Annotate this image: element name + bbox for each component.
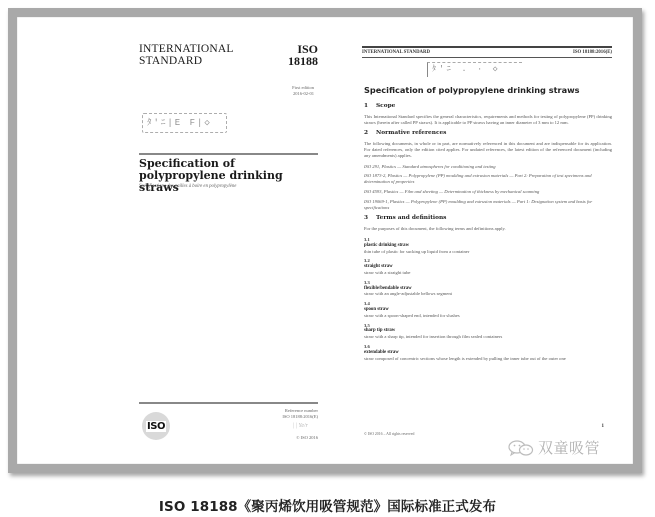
term-entry: 3.5sharp tip strawstraw with a sharp tip… <box>364 323 612 340</box>
term-definition: straw with a spoon-shaped end, intended … <box>364 313 612 319</box>
iso-number: 18188 <box>288 55 318 67</box>
cover-reference: Reference number ISO 18188:2016(E) <box>282 408 318 419</box>
section-heading: 2Normative references <box>364 131 612 137</box>
term-definition: straw with a straight tube <box>364 270 612 276</box>
page-number: 1 <box>602 424 605 429</box>
term-definition: straw composed of concentric sections wh… <box>364 356 612 362</box>
cover-page: INTERNATIONAL STANDARD ISO 18188 First e… <box>127 35 322 455</box>
term-entry: 3.2straight strawstraw with a straight t… <box>364 258 612 275</box>
section-paragraph: This International Standard specifies th… <box>364 114 612 126</box>
stamp-mark: ﾀ'ﾆ . · ◇ <box>427 62 522 77</box>
section-scope: 1Scope This International Standard speci… <box>364 104 612 125</box>
section-paragraph: The following documents, in whole or in … <box>364 141 612 158</box>
signature-mark: | | Ye/r <box>292 423 308 429</box>
term-entry: 3.3flexible/bendable strawstraw with an … <box>364 280 612 297</box>
section-heading: 1Scope <box>364 104 612 110</box>
section-number: 2 <box>364 131 376 137</box>
section-number: 3 <box>364 216 376 222</box>
cover-standard-label: INTERNATIONAL STANDARD <box>139 43 234 67</box>
header-rule-bottom <box>362 57 612 58</box>
reference-number: ISO 18188:2016(E) <box>282 414 318 420</box>
watermark-text: 双童吸管 <box>538 437 600 458</box>
wechat-icon <box>507 439 535 457</box>
image-caption: ISO 18188《聚丙烯饮用吸管规范》国际标准正式发布 <box>0 495 655 515</box>
section-heading: 3Terms and definitions <box>364 216 612 222</box>
cover-copyright: © ISO 2016 <box>296 435 318 440</box>
cover-subtitle: Spécifications des pailles à boire en po… <box>139 184 236 189</box>
reference-label: Reference number <box>282 408 318 414</box>
iso-logo-text: ISO <box>146 421 166 432</box>
term-definition: straw with an angle-adjustable bellows s… <box>364 291 612 297</box>
page-header-left: INTERNATIONAL STANDARD <box>362 50 430 55</box>
edition-label: First edition <box>292 85 314 91</box>
reference-item: ISO 19069-1, Plastics — Polypropylene (P… <box>364 199 612 211</box>
watermark: 双童吸管 <box>507 437 600 458</box>
content-page: INTERNATIONAL STANDARD ISO 18188:2016(E)… <box>362 45 612 455</box>
term-entry: 3.1plastic drinking strawthin tube of pl… <box>364 237 612 254</box>
section-title: Terms and definitions <box>376 215 446 221</box>
section-paragraph: For the purposes of this document, the f… <box>364 226 612 232</box>
page-title: Specification of polypropylene drinking … <box>364 85 580 95</box>
header-rule-top <box>362 46 612 48</box>
reference-item: ISO 291, Plastics — Standard atmospheres… <box>364 164 612 170</box>
reference-item: ISO 4593, Plastics — Film and sheeting —… <box>364 189 612 195</box>
stamp-mark: ﾀ'ﾆ|E F|◇ <box>142 113 227 133</box>
term-entry: 3.6extendable strawstraw composed of con… <box>364 344 612 361</box>
page-footer-copyright: © ISO 2016 – All rights reserved <box>364 432 414 436</box>
terms-list: 3.1plastic drinking strawthin tube of pl… <box>364 237 612 361</box>
term-definition: straw with a sharp tip, intended for ins… <box>364 334 612 340</box>
section-title: Normative references <box>376 130 446 136</box>
iso-logo-icon: ISO <box>142 412 170 440</box>
standard-label-line1: INTERNATIONAL <box>139 43 234 55</box>
standard-label-line2: STANDARD <box>139 55 234 67</box>
term-definition: thin tube of plastic for sucking up liqu… <box>364 249 612 255</box>
section-normative-references: 2Normative references The following docu… <box>364 131 612 210</box>
cover-divider <box>139 153 318 155</box>
page-header-right: ISO 18188:2016(E) <box>573 50 612 55</box>
page-body: 1Scope This International Standard speci… <box>364 104 612 365</box>
edition-date: 2016-02-01 <box>292 91 314 97</box>
section-title: Scope <box>376 103 395 109</box>
section-number: 1 <box>364 104 376 110</box>
cover-iso-number: ISO 18188 <box>288 43 318 67</box>
cover-bottom-divider <box>139 402 318 404</box>
term-entry: 3.4spoon strawstraw with a spoon-shaped … <box>364 301 612 318</box>
cover-edition: First edition 2016-02-01 <box>292 85 314 96</box>
reference-item: ISO 1873-2, Plastics — Polypropylene (PP… <box>364 173 612 185</box>
section-terms: 3Terms and definitions For the purposes … <box>364 216 612 361</box>
